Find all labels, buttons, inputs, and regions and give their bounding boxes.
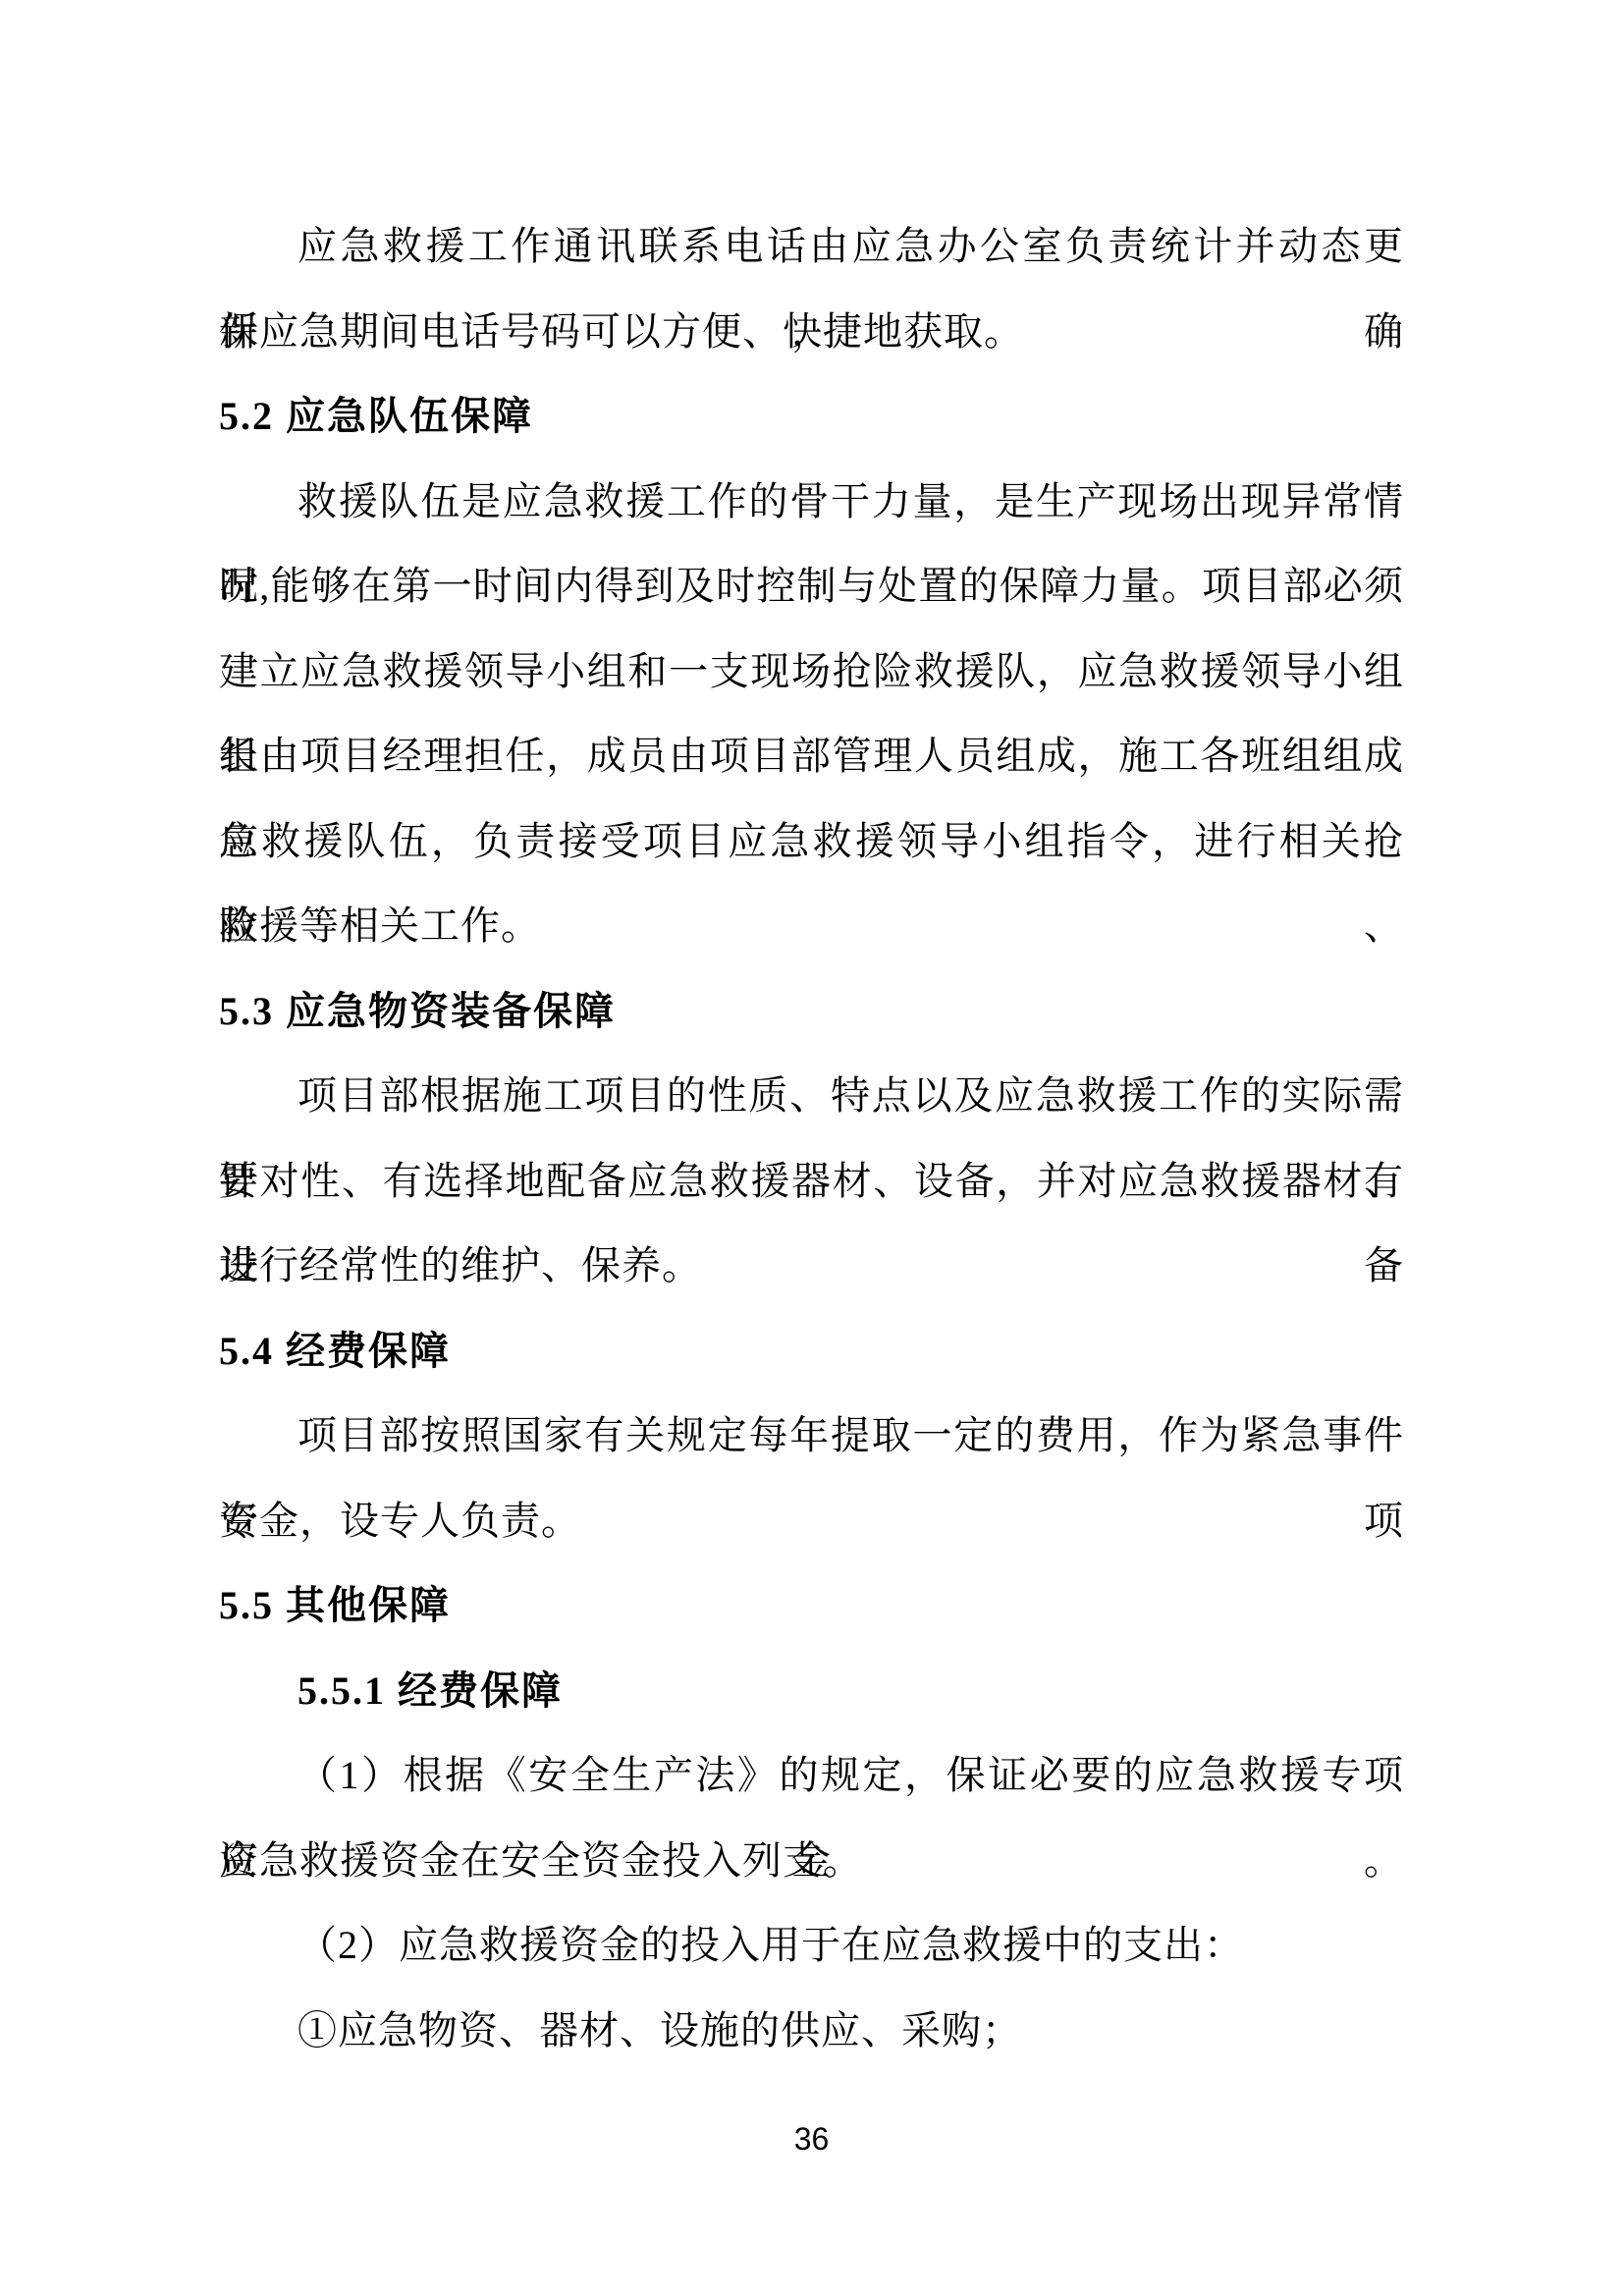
paragraph-line: 急救援队伍，负责接受项目应急救援领导小组指令，进行相关抢险、 (219, 799, 1404, 885)
paragraph-line: （2）应急救援资金的投入用于在应急救援中的支出： (219, 1903, 1404, 1989)
paragraph-line: ①应急物资、器材、设施的供应、采购； (219, 1989, 1404, 2074)
paragraph-line: 救援队伍是应急救援工作的骨干力量，是生产现场出现异常情况 (219, 460, 1404, 545)
paragraph-line: 长由项目经理担任，成员由项目部管理人员组成，施工各班组组成应 (219, 714, 1404, 799)
paragraph-line: 时,能够在第一时间内得到及时控制与处置的保障力量。项目部必须 (219, 544, 1404, 629)
paragraph-line: 针对性、有选择地配备应急救援器材、设备，并对应急救援器材、设备 (219, 1139, 1404, 1225)
page-number: 36 (219, 2119, 1404, 2159)
subsection-heading-5-5-1: 5.5.1 经费保障 (219, 1649, 1404, 1734)
section-heading-5-5: 5.5 其他保障 (219, 1563, 1404, 1649)
section-heading-5-2: 5.2 应急队伍保障 (219, 374, 1404, 460)
document-body: 应急救援工作通讯联系电话由应急办公室负责统计并动态更新，确 保应急期间电话号码可… (219, 204, 1404, 2073)
section-heading-5-4: 5.4 经费保障 (219, 1309, 1404, 1394)
section-heading-5-3: 5.3 应急物资装备保障 (219, 969, 1404, 1055)
paragraph-line: 项目部根据施工项目的性质、特点以及应急救援工作的实际需要有 (219, 1054, 1404, 1139)
document-page: 应急救援工作通讯联系电话由应急办公室负责统计并动态更新，确 保应急期间电话号码可… (0, 0, 1623, 2296)
paragraph-line: 应急救援工作通讯联系电话由应急办公室负责统计并动态更新，确 (219, 204, 1404, 290)
paragraph-line: （1）根据《安全生产法》的规定，保证必要的应急救援专项资金。 (219, 1733, 1404, 1819)
paragraph-line: 建立应急救援领导小组和一支现场抢险救援队，应急救援领导小组组 (219, 629, 1404, 715)
paragraph-line: 项目部按照国家有关规定每年提取一定的费用，作为紧急事件专项 (219, 1394, 1404, 1479)
